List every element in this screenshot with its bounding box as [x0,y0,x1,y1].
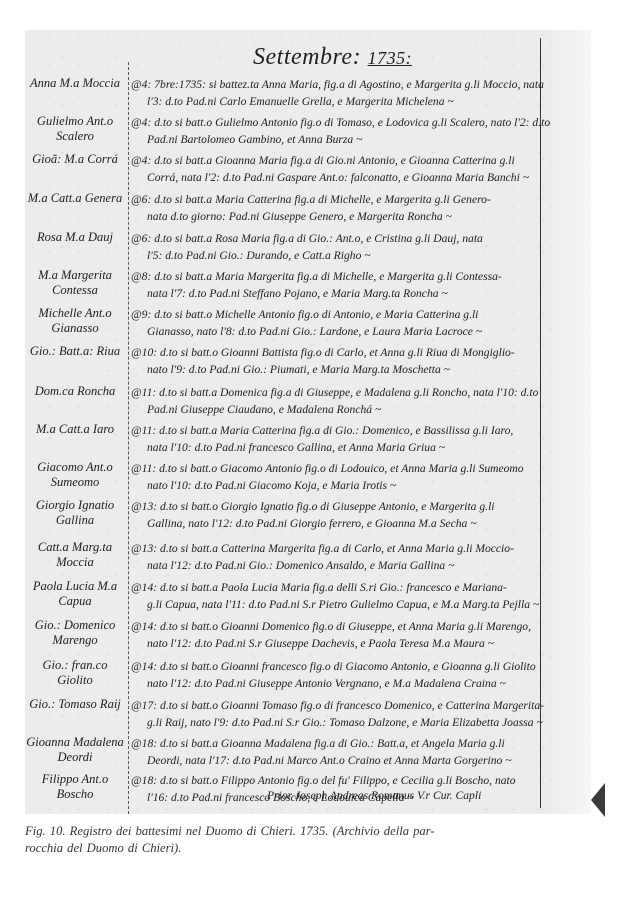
child-name: Gioã: M.a Corrá [25,152,125,167]
entry-line-2: Gallina, nato l'12: d.to Pad.ni Giorgio … [131,515,551,532]
entry-line-2: nata l'12: d.to Pad.ni Gio.: Domenico An… [131,557,551,574]
child-name: Gio.: Tomaso Raij [25,697,125,712]
child-name: Gio.: Domenico Marengo [25,618,125,648]
entry-line-1: @17: d.to si batt.o Gioanni Tomaso fig.o… [131,699,544,712]
entry-line-1: @11: d.to si batt.a Domenica fig.a di Gi… [131,386,538,399]
entry-line-1: @13: d.to si batt.a Catterina Margerita … [131,542,514,555]
register-photograph: Settembre: 1735: Anna M.a Moccia@4: 7bre… [25,30,591,814]
child-name: Gio.: Batt.a: Riua [25,344,125,359]
child-name: Giacomo Ant.o Sumeomo [25,460,125,490]
entry-line-2: l'3: d.to Pad.ni Carlo Emanuelle Grella,… [131,93,551,110]
entry-text: @17: d.to si batt.o Gioanni Tomaso fig.o… [131,697,551,731]
entry-line-2: Pad.ni Giuseppe Ciaudano, e Madalena Ron… [131,401,551,418]
entry-text: @11: d.to si batt.o Giacomo Antonio fig.… [131,460,551,494]
entry-line-1: @11: d.to si batt.a Maria Catterina fig.… [131,424,513,437]
heading-year: 1735: [368,48,413,68]
entry-line-2: nato l'10: d.to Pad.ni Giacomo Koja, e M… [131,477,551,494]
entry-line-1: @4: d.to si batt.a Gioanna Maria fig.a d… [131,154,515,167]
child-name: M.a Margerita Contessa [25,268,125,298]
entry-line-1: @18: d.to si batt.o Filippo Antonio fig.… [131,774,516,787]
entry-line-2: Gianasso, nato l'8: d.to Pad.ni Gio.: La… [131,323,551,340]
entry-line-2: Deordi, nata l'17: d.to Pad.ni Marco Ant… [131,752,551,769]
entry-text: @14: d.to si batt.o Gioanni francesco fi… [131,658,551,692]
entry-line-1: @18: d.to si batt.a Gioanna Madalena fig… [131,737,505,750]
figure-caption: Fig. 10. Registro dei battesimi nel Duom… [25,823,525,857]
entry-line-1: @9: d.to si batt.o Michelle Antonio fig.… [131,308,478,321]
child-name: Giorgio Ignatio Gallina [25,498,125,528]
entry-text: @6: d.to si batt.a Maria Catterina fig.a… [131,191,551,225]
entry-line-1: @6: d.to si batt.a Rosa Maria fig.a di G… [131,232,483,245]
entry-text: @10: d.to si batt.o Gioanni Battista fig… [131,344,551,378]
child-name: M.a Catt.a Iaro [25,422,125,437]
caption-line-2: rocchia del Duomo di Chieri). [25,841,181,855]
page-marker-triangle-icon [591,783,605,817]
child-name: Catt.a Marg.ta Moccia [25,540,125,570]
child-name: M.a Catt.a Genera [25,191,125,206]
entry-line-1: @14: d.to si batt.o Gioanni francesco fi… [131,660,536,673]
entry-line-2: nato l'9: d.to Pad.ni Gio.: Piumati, e M… [131,361,551,378]
child-name: Gulielmo Ant.o Scalero [25,114,125,144]
entry-line-2: g.li Raij, nato l'9: d.to Pad.ni S.r Gio… [131,714,551,731]
entry-text: @13: d.to si batt.o Giorgio Ignatio fig.… [131,498,551,532]
entry-text: @13: d.to si batt.a Catterina Margerita … [131,540,551,574]
entry-line-1: @10: d.to si batt.o Gioanni Battista fig… [131,346,515,359]
heading-month: Settembre: [253,44,361,70]
entry-line-2: nata l'7: d.to Pad.ni Steffano Pojano, e… [131,285,551,302]
child-name: Filippo Ant.o Boscho [25,772,125,802]
child-name: Rosa M.a Dauj [25,230,125,245]
page-heading: Settembre: 1735: [253,44,412,71]
entry-text: @4: d.to si batt.a Gioanna Maria fig.a d… [131,152,551,186]
entry-line-1: @4: 7bre:1735: si battez.ta Anna Maria, … [131,78,544,91]
child-name: Anna M.a Moccia [25,76,125,91]
entry-line-1: @14: d.to si batt.a Paola Lucia Maria fi… [131,581,507,594]
entry-line-1: @11: d.to si batt.o Giacomo Antonio fig.… [131,462,524,475]
entry-line-1: @14: d.to si batt.o Gioanni Domenico fig… [131,620,531,633]
entry-line-2: nata l'10: d.to Pad.ni francesco Gallina… [131,439,551,456]
entry-text: @11: d.to si batt.a Domenica fig.a di Gi… [131,384,551,418]
entry-line-2: g.li Capua, nata l'11: d.to Pad.ni S.r P… [131,596,551,613]
child-name: Paola Lucia M.a Capua [25,579,125,609]
entry-text: @14: d.to si batt.o Gioanni Domenico fig… [131,618,551,652]
entry-line-2: l'5: d.to Pad.ni Gio.: Durando, e Catt.a… [131,247,551,264]
entry-text: @11: d.to si batt.a Maria Catterina fig.… [131,422,551,456]
entry-line-2: Corrá, nata l'2: d.to Pad.ni Gaspare Ant… [131,169,551,186]
entry-line-1: @13: d.to si batt.o Giorgio Ignatio fig.… [131,500,495,513]
child-name: Gio.: fran.co Giolito [25,658,125,688]
entry-line-1: @4: d.to si batt.o Gulielmo Antonio fig.… [131,116,550,129]
child-name: Michelle Ant.o Gianasso [25,306,125,336]
entry-line-1: @6: d.to si batt.a Maria Catterina fig.a… [131,193,491,206]
entry-text: @9: d.to si batt.o Michelle Antonio fig.… [131,306,551,340]
entry-text: @4: d.to si batt.o Gulielmo Antonio fig.… [131,114,551,148]
priest-signature: Prior Joseph Andreas Romanus V.r Cur. Ca… [267,789,481,802]
photo-edge-fade [551,30,591,814]
entry-line-2: Pad.ni Bartolomeo Gambino, et Anna Burza… [131,131,551,148]
entry-line-2: nata d.to giorno: Pad.ni Giuseppe Genero… [131,208,551,225]
names-column-divider [128,62,129,814]
entry-text: @6: d.to si batt.a Rosa Maria fig.a di G… [131,230,551,264]
entry-text: @14: d.to si batt.a Paola Lucia Maria fi… [131,579,551,613]
entry-text: @4: 7bre:1735: si battez.ta Anna Maria, … [131,76,551,110]
caption-line-1: Fig. 10. Registro dei battesimi nel Duom… [25,824,435,838]
entry-text: @8: d.to si batt.a Maria Margerita fig.a… [131,268,551,302]
entry-line-1: @8: d.to si batt.a Maria Margerita fig.a… [131,270,502,283]
child-name: Gioanna Madalena Deordi [25,735,125,765]
entry-line-2: nato l'12: d.to Pad.ni Giuseppe Antonio … [131,675,551,692]
entry-text: @18: d.to si batt.a Gioanna Madalena fig… [131,735,551,769]
entry-line-2: nato l'12: d.to Pad.ni S.r Giuseppe Dach… [131,635,551,652]
child-name: Dom.ca Roncha [25,384,125,399]
